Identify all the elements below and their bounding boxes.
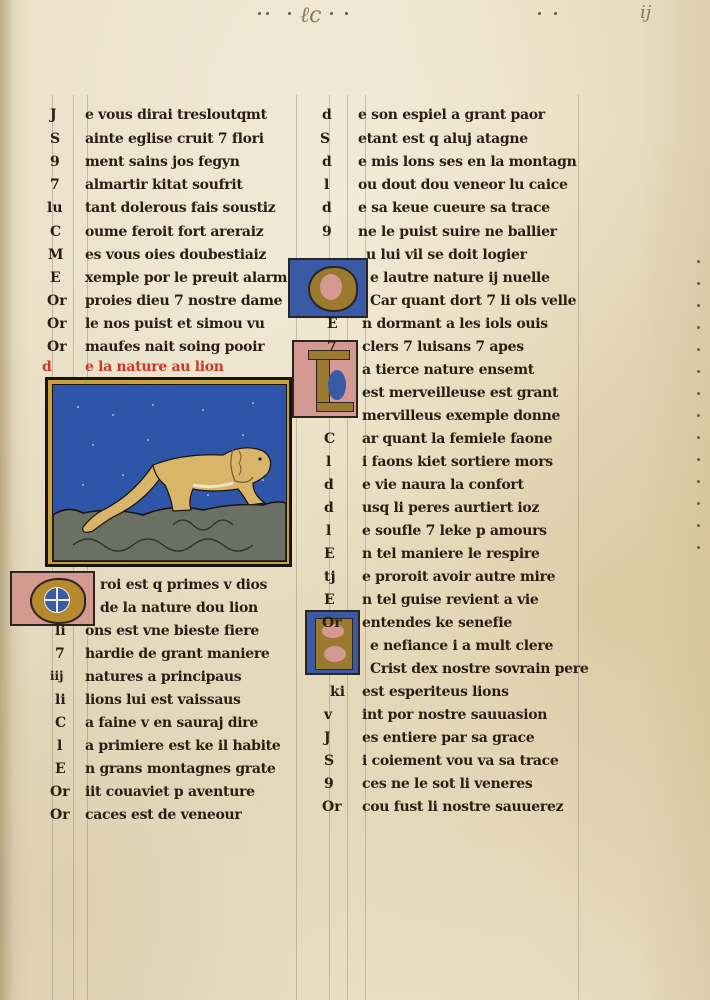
margin-letter: l [326, 523, 331, 539]
margin-letter: d [322, 200, 332, 216]
pricking-mark [330, 12, 333, 15]
text-line: e nefiance i a mult clere [370, 638, 553, 661]
text-line: ainte eglise cruit 7 flori [85, 131, 264, 154]
text-line: lions lui est vaissaus [85, 692, 241, 715]
rubric-margin-letter: d [42, 359, 52, 375]
pricking-mark [697, 392, 700, 395]
margin-letter: l [57, 738, 62, 754]
margin-letter: Or [322, 799, 342, 815]
text-line: clers 7 luisans 7 apes [362, 339, 524, 362]
pricking-mark [554, 12, 557, 15]
text-line: n tel maniere le respire [362, 546, 540, 569]
text-line: Crist dex nostre sovrain pere [370, 661, 588, 684]
header-folio-mark: ℓc [300, 2, 321, 28]
text-line: n dormant a les iols ouis [362, 316, 548, 339]
initial-flourish-icon [320, 274, 342, 300]
margin-letter: C [55, 715, 66, 731]
margin-letter: 9 [324, 776, 334, 792]
pricking-mark [697, 524, 700, 527]
margin-letter: 7 [50, 177, 60, 193]
margin-letter: Or [47, 293, 67, 309]
text-line: a primiere est ke il habite [85, 738, 280, 761]
margin-letter: E [324, 546, 335, 562]
text-line: roi est q primes v dios [100, 577, 267, 600]
pricking-mark [697, 260, 700, 263]
margin-letter: d [322, 107, 332, 123]
margin-letter: M [48, 247, 64, 263]
text-line: a faine v en sauraj dire [85, 715, 258, 738]
text-line: ons est vne bieste fiere [85, 623, 259, 646]
ruling-line [347, 95, 348, 1000]
margin-letter: E [55, 761, 66, 777]
margin-letter: iij [50, 669, 63, 683]
margin-letter: E [50, 270, 61, 286]
pricking-mark [288, 12, 291, 15]
initial-foot [316, 402, 354, 412]
pricking-mark [697, 326, 700, 329]
pricking-mark [266, 12, 269, 15]
margin-letter: ki [330, 684, 345, 700]
margin-letter: E [327, 316, 338, 332]
text-line: int por nostre sauuasion [362, 707, 547, 730]
margin-letter: li [55, 692, 66, 708]
text-line: caces est de veneour [85, 807, 242, 830]
margin-letter: Or [47, 339, 67, 355]
text-line: i faons kiet sortiere mors [362, 454, 553, 477]
text-line: e mis lons ses en la montagn [358, 154, 576, 177]
text-line: e son espiel a grant paor [358, 107, 545, 130]
text-line: u lui vil se doit logier [366, 247, 527, 270]
pricking-mark [258, 12, 261, 15]
text-line: e vie naura la confort [362, 477, 524, 500]
margin-letter: Or [47, 316, 67, 332]
text-line: e sa keue cueure sa trace [358, 200, 550, 223]
ruling-line [296, 95, 297, 1000]
text-line: e lautre nature ij nuelle [370, 270, 550, 293]
text-line: es vous oies doubestiaiz [85, 247, 266, 270]
margin-letter: d [324, 477, 334, 493]
text-line: a tierce nature ensemt [362, 362, 534, 385]
margin-letter: S [320, 131, 330, 147]
text-line: entendes ke senefie [362, 615, 512, 638]
text-line: es entiere par sa grace [362, 730, 534, 753]
text-line: usq li peres aurtiert ioz [362, 500, 539, 523]
decorated-initial-l [292, 340, 358, 418]
pricking-mark [697, 282, 700, 285]
ruling-line [578, 95, 579, 1000]
text-line: oume feroit fort areraiz [85, 224, 263, 247]
text-line: etant est q aluj atagne [358, 131, 528, 154]
text-line: e soufle 7 leke p amours [362, 523, 547, 546]
text-line: le nos puist et simou vu [85, 316, 265, 339]
margin-letter: tj [324, 569, 336, 585]
margin-letter: Or [322, 615, 342, 631]
pricking-mark [697, 546, 700, 549]
miniature-panel [52, 384, 287, 562]
text-line: xemple por le preuit alarm [85, 270, 287, 293]
margin-letter: E [324, 592, 335, 608]
text-line: proies dieu 7 nostre dame [85, 293, 282, 316]
initial-bowl [308, 266, 358, 312]
margin-letter: li [55, 623, 66, 639]
initial-bowl [30, 578, 86, 624]
pricking-mark [697, 436, 700, 439]
margin-letter: S [50, 131, 60, 147]
margin-letter: S [324, 753, 334, 769]
margin-letter: J [324, 730, 331, 746]
pricking-mark [697, 414, 700, 417]
margin-letter: 9 [50, 154, 60, 170]
text-line: cou fust li nostre sauuerez [362, 799, 563, 822]
pricking-mark [697, 348, 700, 351]
pricking-mark [697, 370, 700, 373]
lion-miniature [45, 377, 292, 567]
lion-icon [53, 385, 286, 561]
text-line: mervilleus exemple donne [362, 408, 560, 431]
margin-letter: d [324, 500, 334, 516]
pricking-mark [538, 12, 541, 15]
text-line: est merveilleuse est grant [362, 385, 558, 408]
text-line: e vous dirai tresloutqmt [85, 107, 267, 130]
pricking-mark [697, 458, 700, 461]
margin-letter: 7 [55, 646, 65, 662]
text-line: ment sains jos fegyn [85, 154, 240, 177]
margin-letter: 9 [322, 224, 332, 240]
margin-letter: v [324, 707, 332, 723]
text-line: i coiement vou va sa trace [362, 753, 559, 776]
margin-letter: C [324, 431, 335, 447]
text-line: de la nature dou lion [100, 600, 258, 623]
text-line: n tel guise revient a vie [362, 592, 539, 615]
gutter-shadow [0, 0, 14, 1000]
margin-letter: J [50, 107, 57, 123]
text-line: Car quant dort 7 li ols velle [370, 293, 576, 316]
manuscript-page: ℓc ij J e vous dirai tresloutqmt S ainte… [0, 0, 710, 1000]
decorated-initial-d [10, 571, 95, 626]
margin-letter: 7 [327, 339, 337, 355]
text-line: natures a principaus [85, 669, 241, 692]
text-line: iit couaviet p aventure [85, 784, 255, 807]
pricking-mark [697, 502, 700, 505]
margin-letter: l [326, 454, 331, 470]
text-line: e proroit avoir autre mire [362, 569, 555, 592]
text-line: est esperiteus lions [362, 684, 509, 707]
margin-letter: d [322, 154, 332, 170]
text-line: ou dout dou veneor lu caice [358, 177, 568, 200]
margin-letter: C [50, 224, 61, 240]
text-line: hardie de grant maniere [85, 646, 270, 669]
text-line: n grans montagnes grate [85, 761, 275, 784]
pricking-mark [697, 480, 700, 483]
initial-flourish-icon [324, 646, 346, 662]
text-line: ne le puist suire ne ballier [358, 224, 557, 247]
initial-medallion-icon [44, 587, 70, 613]
text-line: almartir kitat soufrit [85, 177, 243, 200]
margin-letter: Or [50, 784, 70, 800]
margin-letter: l [324, 177, 329, 193]
text-line: ar quant la femiele faone [362, 431, 552, 454]
text-line: ces ne le sot li veneres [362, 776, 532, 799]
initial-flourish-icon [328, 370, 346, 400]
text-line: tant dolerous fais soustiz [85, 200, 275, 223]
pricking-mark [345, 12, 348, 15]
header-folio-number: ij [640, 2, 651, 23]
margin-letter: Or [50, 807, 70, 823]
margin-letter: lu [47, 200, 63, 216]
pricking-mark [697, 304, 700, 307]
decorated-initial-d-blue [288, 258, 368, 318]
